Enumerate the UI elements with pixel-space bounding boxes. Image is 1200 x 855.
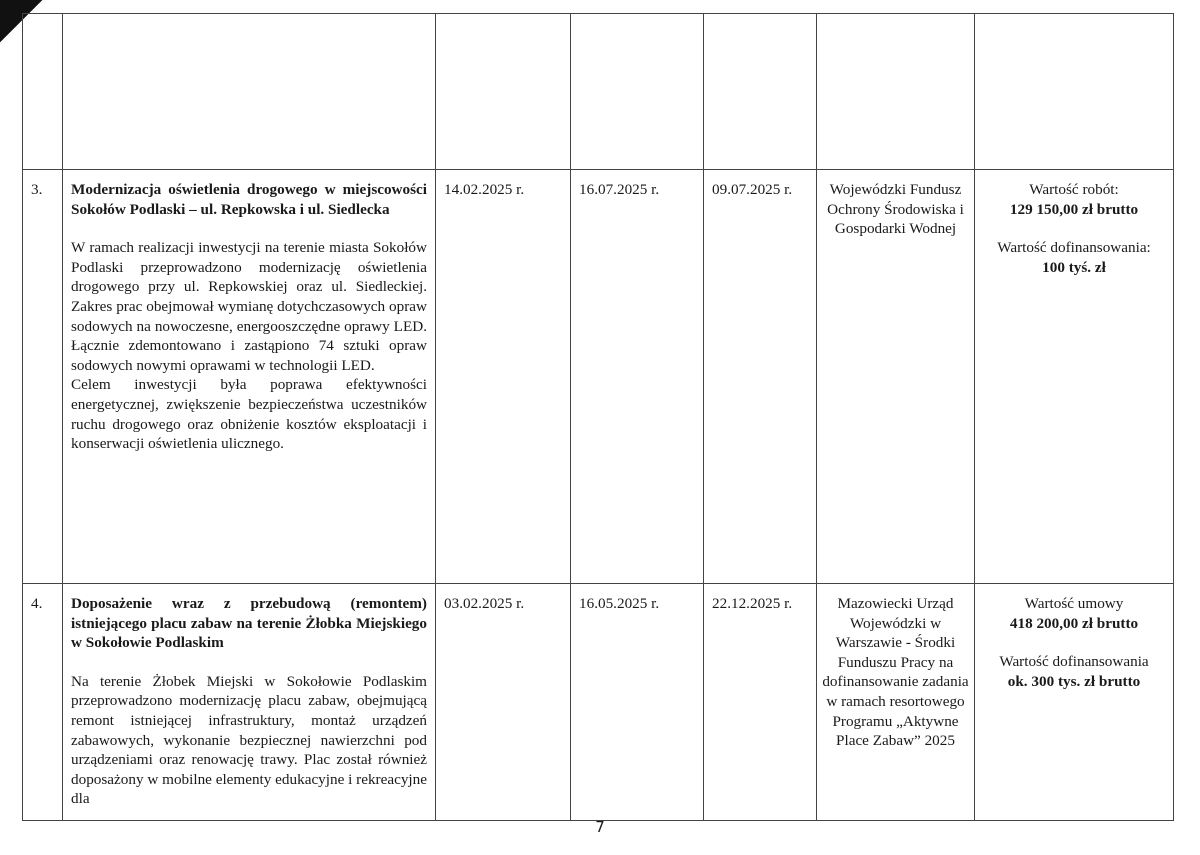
cofinancing-label: Wartość dofinansowania:	[979, 238, 1169, 258]
cell-empty	[817, 14, 975, 170]
row-number: 3.	[23, 170, 63, 584]
value-cell: Wartość robót: 129 150,00 zł brutto Wart…	[975, 170, 1174, 584]
investment-title: Modernizacja oświetlenia drogowego w mie…	[71, 180, 427, 219]
cofinancing-amount: ok. 300 tys. zł brutto	[979, 672, 1169, 692]
body-paragraph: W ramach realizacji inwestycji na tereni…	[71, 238, 427, 375]
investment-body: Na terenie Żłobek Miejski w Sokołowie Po…	[71, 672, 427, 809]
value-label: Wartość umowy	[979, 594, 1169, 614]
body-paragraph: Celem inwestycji była poprawa efektywnoś…	[71, 375, 427, 453]
page-number: 7	[0, 818, 1200, 836]
value-cell: Wartość umowy 418 200,00 zł brutto Warto…	[975, 584, 1174, 821]
funding-source: Wojewódzki Fundusz Ochrony Środowiska i …	[817, 170, 975, 584]
date-completion: 09.07.2025 r.	[704, 170, 817, 584]
table-row: 3. Modernizacja oświetlenia drogowego w …	[23, 170, 1174, 584]
body-paragraph: Na terenie Żłobek Miejski w Sokołowie Po…	[71, 672, 427, 809]
date-contract: 16.07.2025 r.	[571, 170, 704, 584]
cell-empty	[571, 14, 704, 170]
value-amount: 129 150,00 zł brutto	[979, 200, 1169, 220]
table-row: 4. Doposażenie wraz z przebudową (remont…	[23, 584, 1174, 821]
cell-empty	[436, 14, 571, 170]
funding-source: Mazowiecki Urząd Wojewódzki w Warszawie …	[817, 584, 975, 821]
investment-body: W ramach realizacji inwestycji na tereni…	[71, 238, 427, 454]
date-completion: 22.12.2025 r.	[704, 584, 817, 821]
investment-description: Doposażenie wraz z przebudową (remontem)…	[63, 584, 436, 821]
cell-empty	[704, 14, 817, 170]
cell-empty	[63, 14, 436, 170]
investments-table: 3. Modernizacja oświetlenia drogowego w …	[22, 13, 1174, 821]
date-start: 03.02.2025 r.	[436, 584, 571, 821]
date-contract: 16.05.2025 r.	[571, 584, 704, 821]
cell-empty	[975, 14, 1174, 170]
date-start: 14.02.2025 r.	[436, 170, 571, 584]
table-row-continuation	[23, 14, 1174, 170]
investment-title: Doposażenie wraz z przebudową (remontem)…	[71, 594, 427, 653]
value-label: Wartość robót:	[979, 180, 1169, 200]
cofinancing-label: Wartość dofinansowania	[979, 652, 1169, 672]
investment-description: Modernizacja oświetlenia drogowego w mie…	[63, 170, 436, 584]
cell-empty	[23, 14, 63, 170]
row-number: 4.	[23, 584, 63, 821]
cofinancing-amount: 100 tyś. zł	[979, 258, 1169, 278]
value-amount: 418 200,00 zł brutto	[979, 614, 1169, 634]
